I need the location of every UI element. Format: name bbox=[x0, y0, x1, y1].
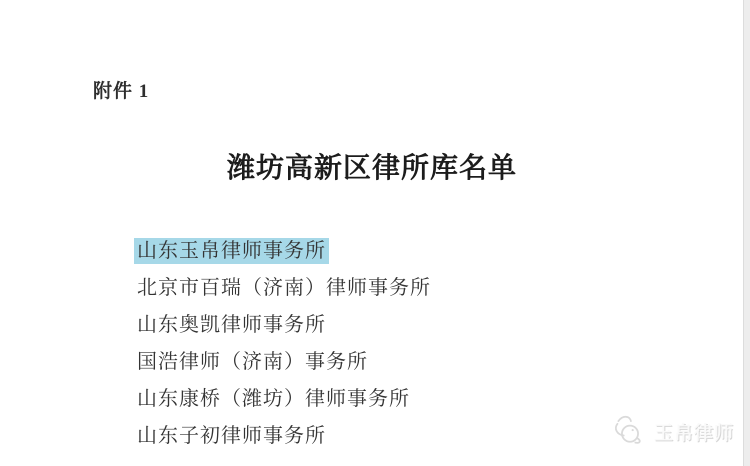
law-firm-item: 山东玉帛律师事务所 bbox=[137, 238, 434, 275]
law-firm-item: 山东康桥（潍坊）律师事务所 bbox=[137, 386, 434, 423]
page-right-edge bbox=[743, 0, 750, 466]
law-firm-item: 国浩律师（济南）事务所 bbox=[137, 349, 434, 386]
law-firm-item: 山东子初律师事务所 bbox=[137, 423, 434, 460]
law-firm-name: 北京市百瑞（济南）律师事务所 bbox=[134, 275, 434, 301]
law-firm-name-highlighted: 山东玉帛律师事务所 bbox=[134, 238, 329, 264]
law-firm-name: 山东奥凯律师事务所 bbox=[134, 312, 329, 338]
law-firm-list: 山东玉帛律师事务所北京市百瑞（济南）律师事务所山东奥凯律师事务所国浩律师（济南）… bbox=[137, 238, 434, 460]
attachment-label: 附件 1 bbox=[93, 76, 149, 103]
law-firm-name: 国浩律师（济南）事务所 bbox=[134, 349, 371, 375]
law-firm-item: 山东奥凯律师事务所 bbox=[137, 312, 434, 349]
page-title: 潍坊高新区律所库名单 bbox=[0, 146, 744, 186]
law-firm-name: 山东康桥（潍坊）律师事务所 bbox=[134, 386, 413, 412]
law-firm-name: 山东子初律师事务所 bbox=[134, 423, 329, 449]
watermark: 玉帛律师 bbox=[612, 414, 734, 448]
document-page: 附件 1 潍坊高新区律所库名单 山东玉帛律师事务所北京市百瑞（济南）律师事务所山… bbox=[0, 0, 750, 466]
law-firm-item: 北京市百瑞（济南）律师事务所 bbox=[137, 275, 434, 312]
watermark-text: 玉帛律师 bbox=[654, 418, 734, 445]
bird-icon bbox=[612, 414, 648, 448]
